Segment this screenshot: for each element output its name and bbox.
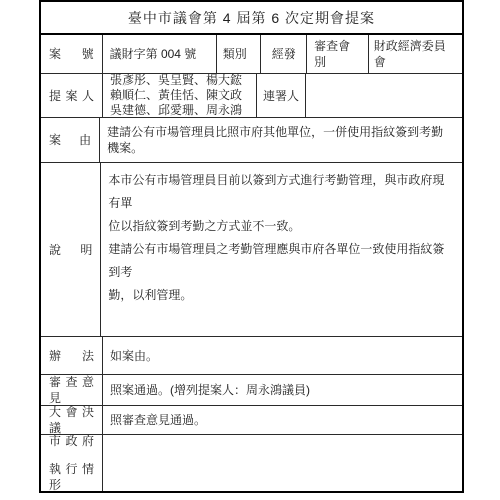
resolution-value: 照審查意見通過。 <box>103 406 462 435</box>
review-row: 審查意見 照案通過。(增列提案人：周永鴻議員) <box>41 375 462 406</box>
resolution-label: 大會決議 <box>49 406 94 435</box>
proposers-value: 張彥彤、吳呈賢、楊大鋐 賴順仁、黃佳恬、陳文政 吳建德、邱愛珊、周永鴻 <box>103 74 257 118</box>
method-row: 辦法 如案由。 <box>41 337 462 375</box>
description-label-cell: 說明 <box>41 163 101 337</box>
resolution-row: 大會決議 照審查意見通過。 <box>41 406 462 435</box>
subject-label-cell: 案由 <box>41 118 100 163</box>
cosigners-value <box>306 74 462 118</box>
proposers-row: 提案人 張彥彤、吳呈賢、楊大鋐 賴順仁、黃佳恬、陳文政 吳建德、邱愛珊、周永鴻 … <box>41 74 462 118</box>
execution-label-cell: 市政府 執行情形 <box>41 435 103 491</box>
review-label-cell: 審查意見 <box>41 375 103 406</box>
description-label: 說明 <box>49 242 92 258</box>
subject-row: 案由 建請公有市場管理員比照市府其他單位，一併使用指紋簽到考勤機案。 <box>41 118 462 163</box>
committee-label-cell: 審查會別 <box>307 35 369 74</box>
execution-value <box>103 435 462 491</box>
case-no-value: 議財字第 004 號 <box>103 35 217 74</box>
committee-label: 審查會別 <box>314 38 361 70</box>
committee-value: 財政經濟委員會 <box>369 35 462 74</box>
document-page: 臺中市議會第 4 屆第 6 次定期會提案 案號 議財字第 004 號 類別 經發… <box>0 0 500 500</box>
execution-label-line1: 市政府 <box>49 435 94 449</box>
execution-label-line2: 執行情形 <box>49 461 94 491</box>
subject-value: 建請公有市場管理員比照市府其他單位，一併使用指紋簽到考勤機案。 <box>100 118 462 163</box>
proposers-label: 提案人 <box>49 88 94 104</box>
method-value: 如案由。 <box>103 337 462 375</box>
case-no-label-cell: 案號 <box>41 35 103 74</box>
subject-label: 案由 <box>49 132 91 148</box>
proposers-label-cell: 提案人 <box>41 74 103 118</box>
proposal-form-table: 臺中市議會第 4 屆第 6 次定期會提案 案號 議財字第 004 號 類別 經發… <box>39 0 464 493</box>
category-label: 類別 <box>223 46 247 62</box>
case-no-label: 案號 <box>49 46 94 62</box>
method-label-cell: 辦法 <box>41 337 103 375</box>
cosigners-label: 連署人 <box>257 74 306 118</box>
method-label: 辦法 <box>49 348 94 364</box>
execution-row: 市政府 執行情形 <box>41 435 462 491</box>
title-row: 臺中市議會第 4 屆第 6 次定期會提案 <box>41 2 462 35</box>
review-label: 審查意見 <box>49 375 94 406</box>
category-value: 經發 <box>261 35 307 74</box>
resolution-label-cell: 大會決議 <box>41 406 103 435</box>
review-value: 照案通過。(增列提案人：周永鴻議員) <box>103 375 462 406</box>
page-title: 臺中市議會第 4 屆第 6 次定期會提案 <box>41 2 462 35</box>
category-label-cell: 類別 <box>217 35 262 74</box>
description-row: 說明 本市公有市場管理員目前以簽到方式進行考勤管理，與市政府現有單 位以指紋簽到… <box>41 163 462 337</box>
case-info-row: 案號 議財字第 004 號 類別 經發 審查會別 財政經濟委員會 <box>41 35 462 74</box>
description-value: 本市公有市場管理員目前以簽到方式進行考勤管理，與市政府現有單 位以指紋簽到考勤之… <box>101 163 462 337</box>
